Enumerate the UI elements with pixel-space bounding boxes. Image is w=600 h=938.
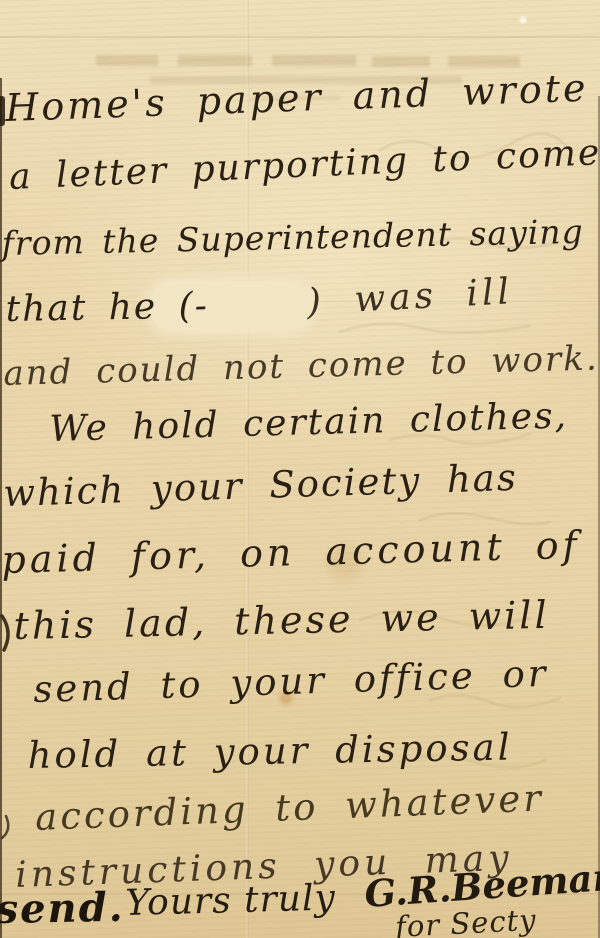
letter-line: a letter purporting to come [8, 133, 600, 197]
letter-line: according to whatever [34, 778, 544, 838]
letter-line: paid for, on account of [1, 525, 581, 582]
letter-line: which your Society has [3, 458, 519, 515]
letter-line-send: send. [0, 886, 125, 932]
letter-line: ) was ill [306, 272, 514, 322]
letterhead-bleed-block [372, 56, 430, 67]
signature-role: for Secty [394, 905, 537, 938]
letter-line: and could not come to work. [3, 340, 599, 393]
cutoff-stroke [2, 816, 8, 838]
scan-edge-left [0, 78, 2, 938]
horizontal-fold-crease [0, 36, 600, 38]
letter-scan: Home's paper and wrote a letter purporti… [0, 0, 600, 938]
letterhead-bleed-block [448, 56, 520, 67]
letter-line: from the Superintendent saying [1, 214, 584, 262]
cutoff-stroke [2, 616, 8, 650]
letter-line: send to your office or [33, 654, 549, 711]
letter-line: this lad, these we will [13, 595, 550, 648]
letter-line: hold at your disposal [27, 728, 513, 777]
letterhead-bleed-block [178, 55, 252, 66]
letter-line: that he (- [5, 286, 209, 329]
letter-line: We hold certain clothes, [49, 396, 569, 449]
letter-line: Home's paper and wrote [5, 68, 590, 130]
letterhead-bleed-block [96, 55, 158, 66]
letterhead-bleed-block [272, 55, 356, 66]
letter-closing: Yours truly [125, 879, 336, 924]
